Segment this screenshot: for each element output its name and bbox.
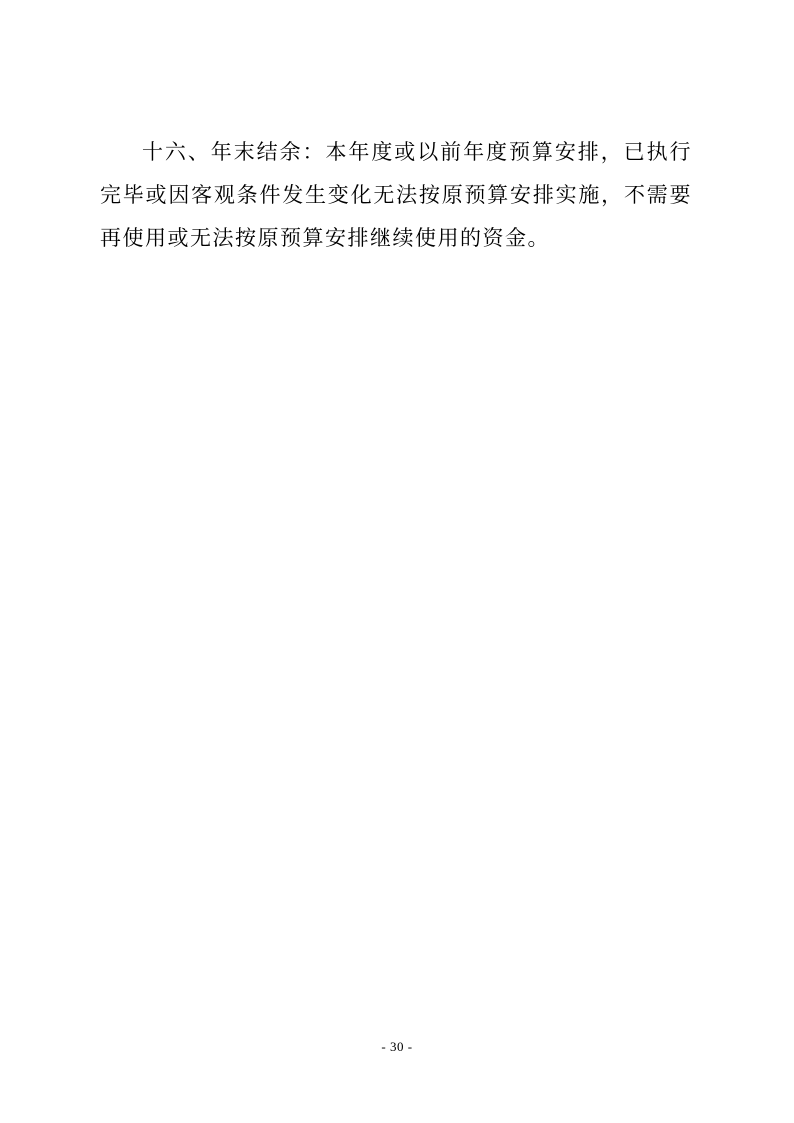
paragraph-year-end-surplus: 十六、年末结余：本年度或以前年度预算安排，已执行完毕或因客观条件发生变化无法按原… [100,131,692,260]
document-body: 十六、年末结余：本年度或以前年度预算安排，已执行完毕或因客观条件发生变化无法按原… [100,131,692,260]
page-number: - 30 - [0,1038,794,1056]
document-page: 十六、年末结余：本年度或以前年度预算安排，已执行完毕或因客观条件发生变化无法按原… [0,0,794,1123]
